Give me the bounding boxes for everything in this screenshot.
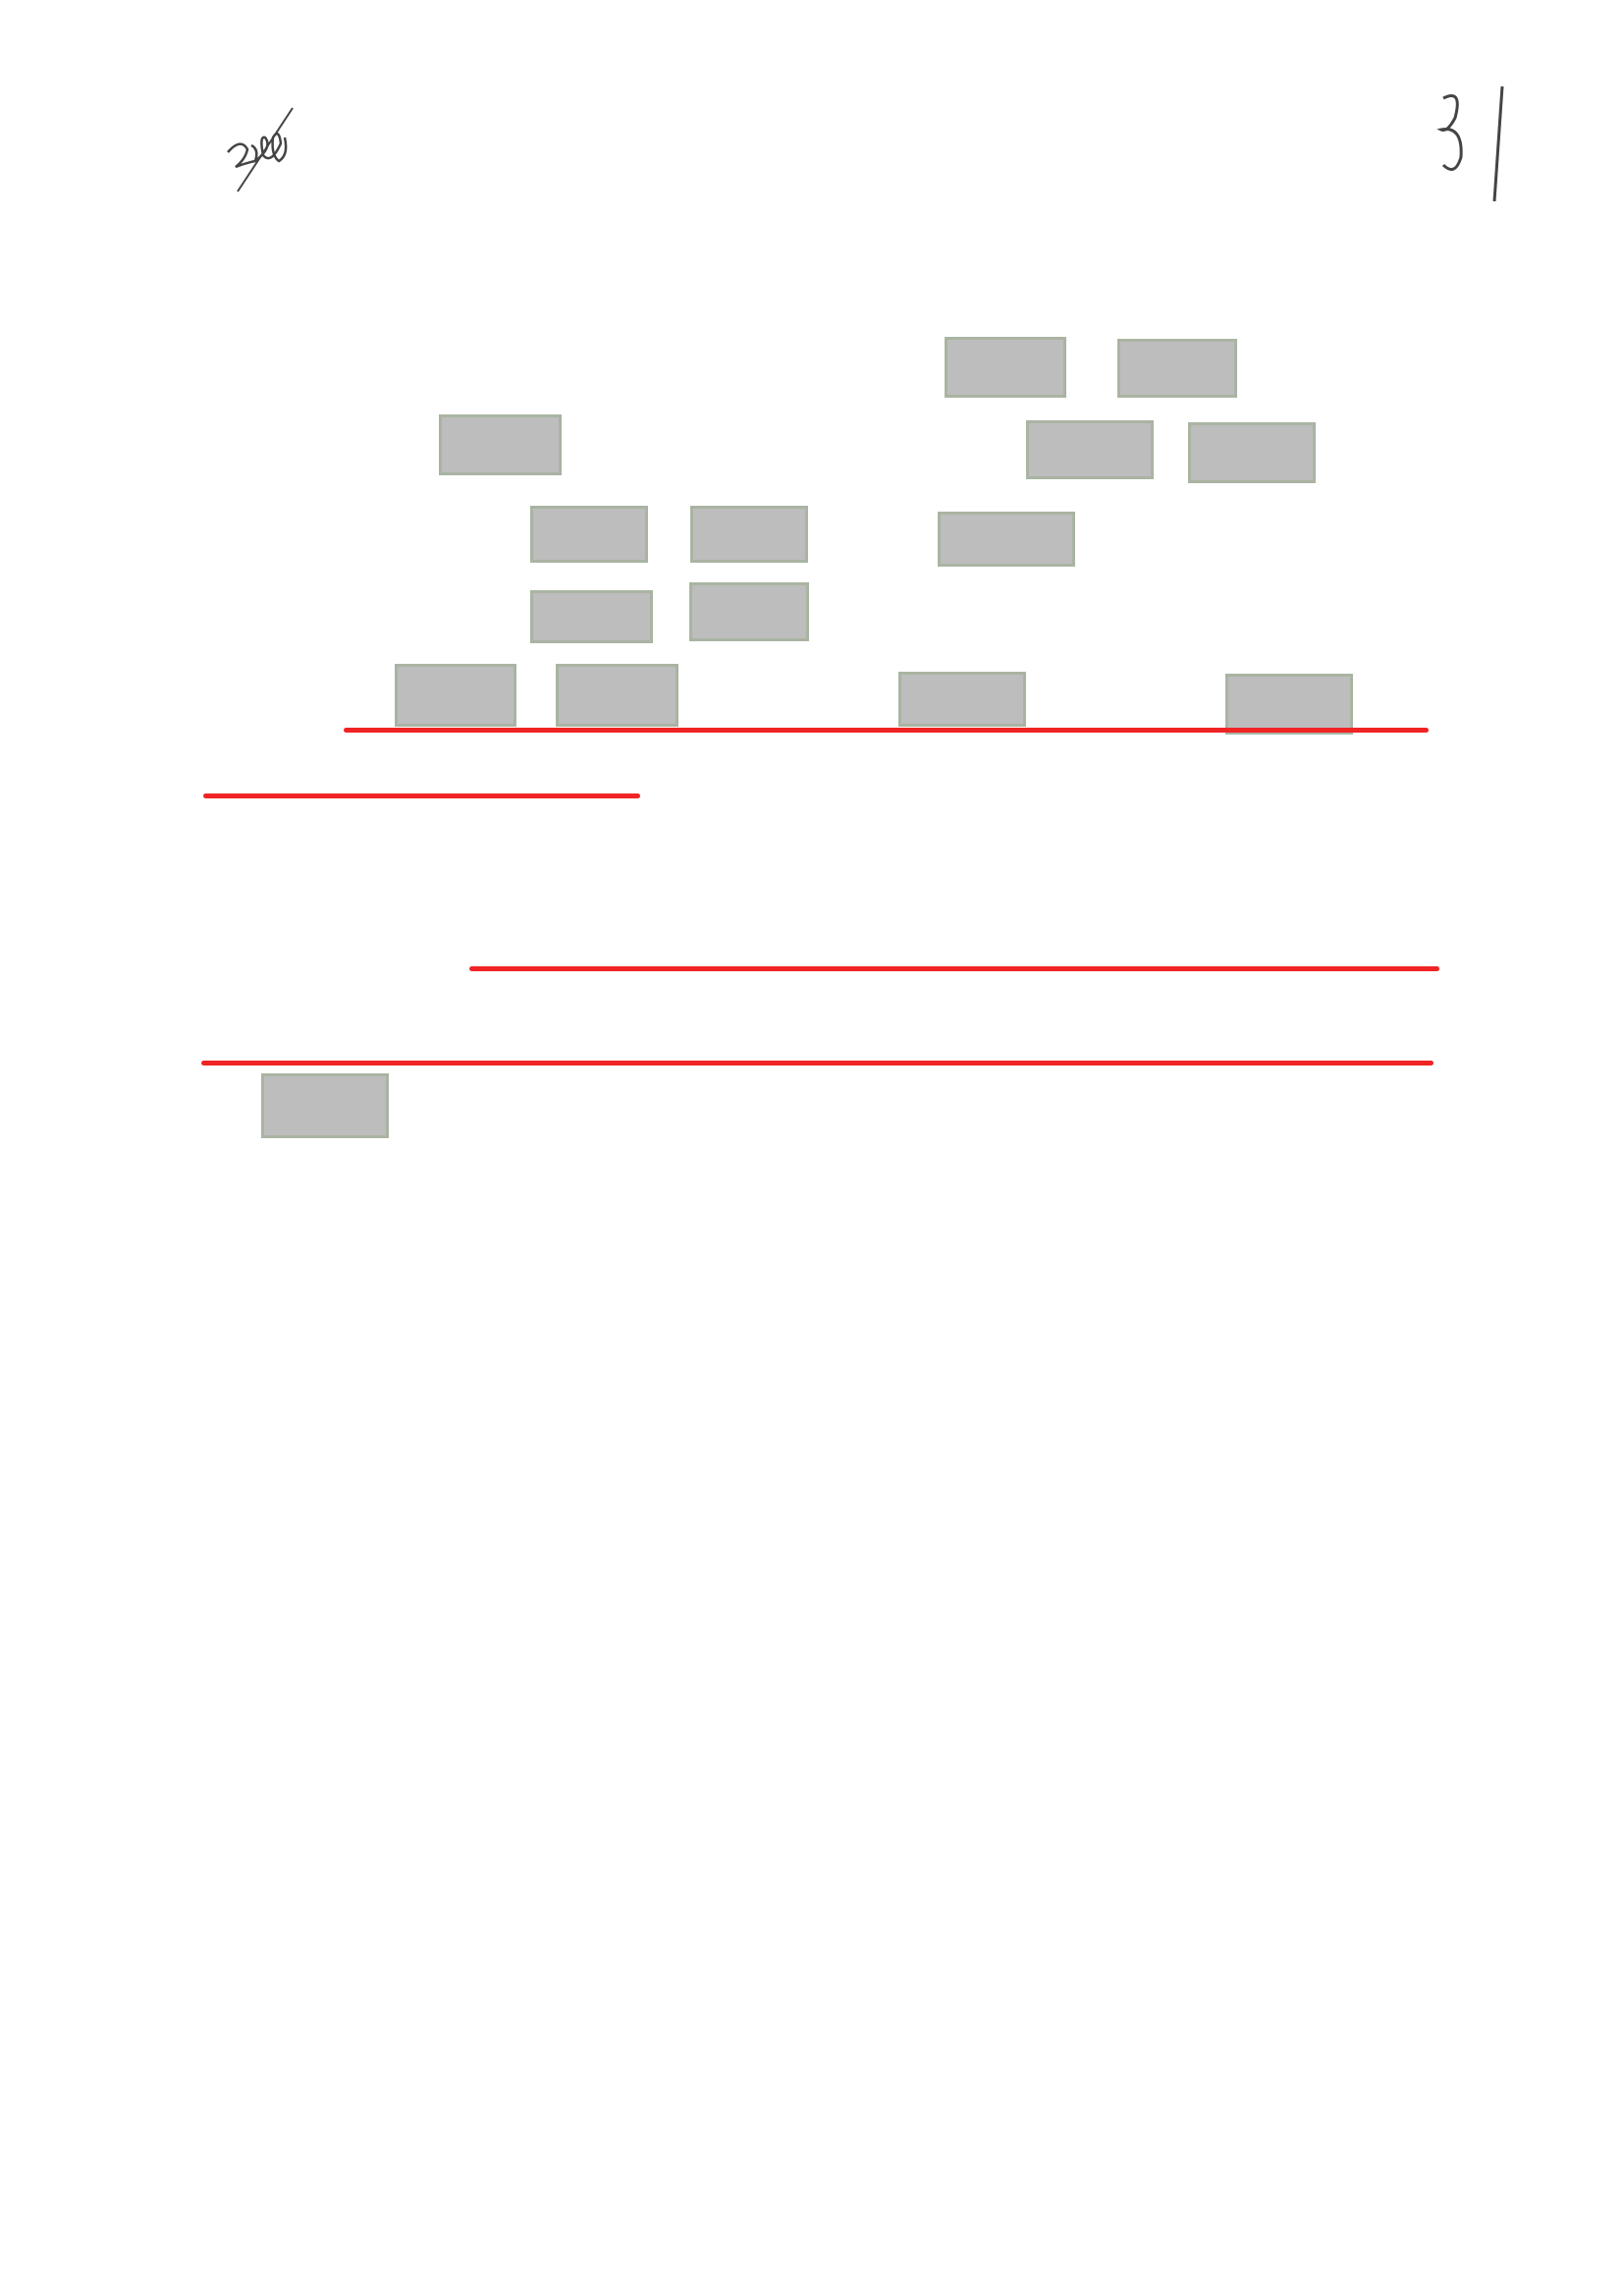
redaction-box	[898, 672, 1026, 727]
redaction-box	[690, 506, 808, 563]
document-page	[0, 0, 1623, 2296]
handwritten-mark-31	[1434, 79, 1542, 206]
handwritten-mark-350	[216, 98, 324, 206]
redaction-box	[945, 337, 1066, 398]
redaction-box	[439, 414, 562, 475]
redaction-box	[938, 512, 1075, 567]
redaction-box	[530, 506, 648, 563]
redaction-box	[1026, 420, 1154, 479]
red-underline	[203, 793, 640, 798]
red-underline	[201, 1061, 1434, 1066]
redaction-box	[556, 664, 678, 727]
redaction-box	[689, 582, 809, 641]
redaction-box	[1188, 422, 1316, 483]
redaction-box	[261, 1073, 389, 1138]
redaction-box	[530, 590, 653, 643]
redaction-box	[395, 664, 516, 727]
redaction-box	[1225, 674, 1353, 735]
red-underline	[344, 728, 1429, 733]
red-underline	[469, 966, 1439, 971]
redaction-box	[1117, 339, 1237, 398]
